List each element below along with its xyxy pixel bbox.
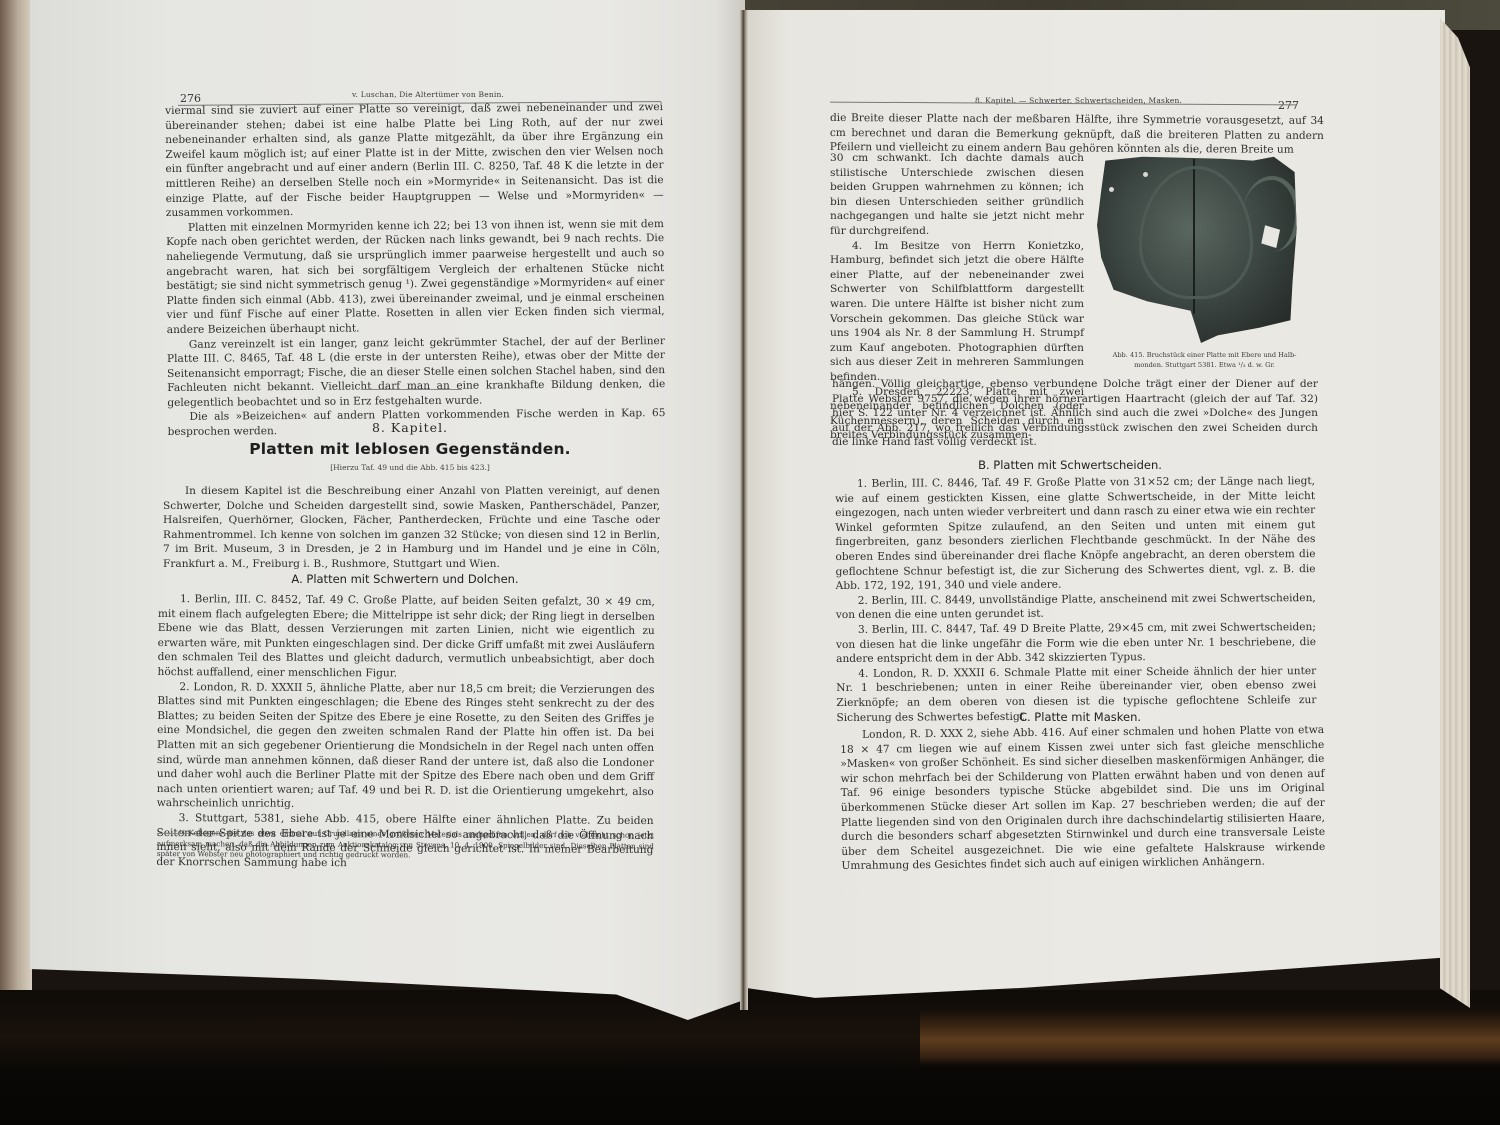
chapter-title: Platten mit leblosen Gegenständen. xyxy=(160,440,660,458)
chapter-label: 8. Kapitel. xyxy=(160,420,660,435)
list-item: 1. Berlin, III. C. 8452, Taf. 49 C. Groß… xyxy=(157,592,655,683)
plate-blade-outline xyxy=(1139,166,1253,299)
caption-line: Abb. 415. Bruchstück einer Platte mit Eb… xyxy=(1097,350,1312,360)
page-block-edges xyxy=(1440,18,1470,1008)
section-b-heading: B. Platten mit Schwertscheiden. xyxy=(830,458,1310,472)
wood-grain xyxy=(920,1010,1500,1065)
section-c-text: London, R. D. XXX 2, siehe Abb. 416. Auf… xyxy=(840,723,1326,874)
paragraph: Platten mit einzelnen Mormyriden kenne i… xyxy=(166,217,665,338)
running-head-left: v. Luschan, Die Altertümer von Benin. xyxy=(352,90,504,99)
list-item: 2. London, R. D. XXXII 5, ähnliche Platt… xyxy=(157,680,655,814)
figure-caption: Abb. 415. Bruchstück einer Platte mit Eb… xyxy=(1097,350,1312,370)
list-item: 4. Im Besitze von Herrn Konietzko, Hambu… xyxy=(830,239,1084,385)
paragraph: viermal sind sie zuviert auf einer Platt… xyxy=(165,100,664,221)
chapter-intro: In diesem Kapitel ist die Beschreibung e… xyxy=(163,484,660,572)
section-c-heading: C. Platte mit Masken. xyxy=(840,710,1320,724)
list-item: 3. Berlin, III. C. 8447, Taf. 49 D Breit… xyxy=(836,620,1316,667)
section-b-text: 1. Berlin, III. C. 8446, Taf. 49 F. Groß… xyxy=(835,474,1317,725)
book-gutter xyxy=(740,10,748,1010)
paragraph: London, R. D. XXX 2, siehe Abb. 416. Auf… xyxy=(840,723,1326,874)
list-item: 1. Berlin, III. C. 8446, Taf. 49 F. Groß… xyxy=(835,474,1316,594)
list-item: 2. Berlin, III. C. 8449, unvollständige … xyxy=(836,591,1316,623)
paragraph: hängen. Völlig gleichartige, ebenso verb… xyxy=(832,377,1318,450)
right-item5-continuation: hängen. Völlig gleichartige, ebenso verb… xyxy=(832,377,1318,450)
paragraph: In diesem Kapitel ist die Beschreibung e… xyxy=(163,484,660,572)
section-a-heading: A. Platten mit Schwertern und Dolchen. xyxy=(155,572,655,586)
paragraph: 30 cm schwankt. Ich dachte damals auch s… xyxy=(830,151,1084,239)
nail-hole xyxy=(1109,187,1114,192)
nail-hole xyxy=(1143,172,1148,177)
section-separator xyxy=(362,389,462,390)
chapter-plate-reference: [Hierzu Taf. 49 und die Abb. 415 bis 423… xyxy=(160,463,660,472)
paragraph: Ganz vereinzelt ist ein langer, ganz lei… xyxy=(167,334,666,411)
footnote-text: ¹) Kollegen, die das etwa einmal auf Gru… xyxy=(157,828,654,862)
caption-line: monden. Stuttgart 5381. Etwa ¹/₃ d. w. G… xyxy=(1097,360,1312,370)
footnote: ¹) Kollegen, die das etwa einmal auf Gru… xyxy=(157,828,654,862)
book-cover-edge-left xyxy=(0,0,32,1000)
page-number-right: 277 xyxy=(1278,99,1299,112)
